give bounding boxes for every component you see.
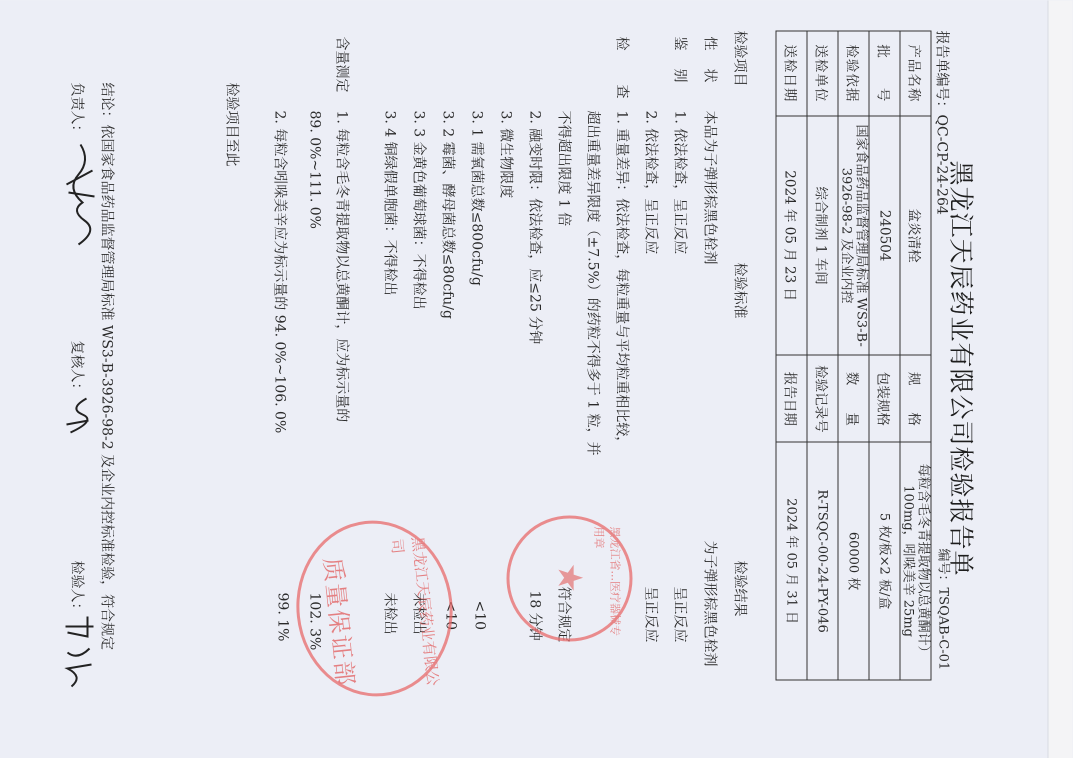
std-weight-variation-l3: 不得超出限度 1 倍: [555, 111, 575, 227]
cell-label: 送检单位: [807, 31, 838, 116]
specification: 每粒含毛冬青提取物以总黄酮计）100mg，吲哚美辛 25mg: [900, 442, 931, 680]
std-melting-time: 2. 融变时限：依法检查，应≤25 分钟: [526, 111, 546, 345]
cell-label: 检验依据: [838, 31, 869, 116]
res-appearance: 为子弹形棕黑色栓剂: [701, 541, 721, 667]
company-report-title: 黑龙江天辰药业有限公司检验报告单: [945, 161, 981, 577]
cell-label: 数 量: [838, 355, 869, 442]
report-date: 2024 年 05 月 31 日: [776, 442, 807, 680]
std-weight-variation-l2: 超出重量差异限度（±7.5%）的药粒不得多于 1 粒，并: [584, 111, 604, 456]
responsible-signature: [54, 141, 101, 251]
inspector-label: 检验人：: [68, 561, 88, 617]
std-mold-yeast-count: 3. 2 霉菌、酵母菌总数≤80cfu/g: [439, 111, 459, 319]
end-of-items-note: 检验项目至此: [223, 83, 243, 167]
res-identification-2: 呈正反应: [642, 587, 662, 643]
std-microbial-limit: 3. 微生物限度: [497, 111, 517, 199]
signature-scribble-icon: [62, 613, 98, 693]
table-row: 产品名称 盆炎清栓 规 格 每粒含毛冬青提取物以总黄酮计）100mg，吲哚美辛 …: [900, 31, 931, 680]
submitting-unit: 综合制剂 1 车间: [807, 116, 838, 356]
product-name: 盆炎清栓: [900, 116, 931, 356]
form-serial-number: 编号：TSQAB-C-01: [936, 549, 955, 671]
report-number: 报告单编号：QC-CP-24-264: [933, 31, 953, 215]
std-appearance: 本品为子弹形棕黑色栓剂: [701, 111, 721, 265]
stamp-department-text: 质量保证部: [317, 556, 365, 689]
label-assay: 含量测定: [333, 37, 353, 93]
responsible-label: 负责人：: [68, 83, 88, 139]
inspector-signature: [55, 613, 98, 693]
cell-label: 产品名称: [900, 31, 931, 116]
stamp-company-text: 黑龙江天辰药业有限公司: [386, 535, 444, 691]
table-row: 检验依据 国家食品药品监督管理局标准 WS3-B-3926-98-2 及企业内控…: [838, 31, 869, 680]
official-seal-stamp: 黑龙江省...医疗器械专用章 ★: [507, 516, 633, 642]
conclusion: 结论：依国家食品药品监督管理局标准 WS3-B-3926-98-2 及企业内控标…: [98, 83, 118, 651]
table-row: 送检日期 2024 年 05 月 23 日 报告日期 2024 年 05 月 3…: [776, 31, 807, 680]
signature-scribble-icon: [61, 141, 101, 251]
header-item: 检验项目: [731, 31, 751, 87]
package-spec: 5 枚/板×2 板/盒: [869, 442, 900, 680]
std-identification-1: 1. 依法检查，呈正反应: [671, 111, 691, 255]
cell-label: 规 格: [900, 355, 931, 442]
scanner-edge: [1048, 1, 1073, 758]
star-icon: ★: [550, 563, 590, 593]
cell-label: 包装规格: [869, 355, 900, 442]
signature-scribble-icon: [61, 393, 95, 443]
res-aerobic-count: <10: [472, 601, 488, 631]
header-standard: 检验标准: [731, 263, 751, 319]
std-pseudomonas: 3. 4 铜绿假单胞菌：不得检出: [381, 111, 401, 296]
rotated-page-wrapper: 黑龙江天辰药业有限公司检验报告单 编号：TSQAB-C-01 报告单编号：QC-…: [0, 1, 1073, 758]
std-assay-indomethacin: 2. 每粒含吲哚美辛应为标示量的 94. 0%~106. 0%: [271, 111, 291, 434]
table-row: 批 号 240504 包装规格 5 枚/板×2 板/盒: [869, 31, 900, 680]
cell-label: 报告日期: [776, 355, 807, 442]
cell-label: 检验记录号: [807, 355, 838, 442]
res-assay-indomethacin: 99. 1%: [275, 593, 291, 642]
label-identification: 鉴 别: [671, 37, 691, 85]
batch-number: 240504: [869, 116, 900, 356]
cell-label: 送检日期: [776, 31, 807, 116]
table-row: 送检单位 综合制剂 1 车间 检验记录号 R-TSQC-00-24-PY-046: [807, 31, 838, 680]
header-result: 检验结果: [731, 561, 751, 617]
reviewer-label: 复核人：: [68, 341, 88, 397]
submission-date: 2024 年 05 月 23 日: [776, 116, 807, 356]
inspection-basis: 国家食品药品监督管理局标准 WS3-B-3926-98-2 及企业内控: [838, 116, 869, 356]
label-inspection: 检 查: [613, 37, 633, 101]
std-staph-aureus: 3. 3 金黄色葡萄球菌：不得检出: [410, 111, 430, 310]
std-assay-flavonoids-l2: 89. 0%~111. 0%: [307, 111, 323, 230]
record-number: R-TSQC-00-24-PY-046: [807, 442, 838, 680]
label-appearance: 性 状: [701, 37, 721, 85]
product-info-table: 产品名称 盆炎清栓 规 格 每粒含毛冬青提取物以总黄酮计）100mg，吲哚美辛 …: [776, 31, 932, 681]
std-aerobic-count: 3. 1 需氧菌总数≤800cfu/g: [468, 111, 488, 286]
inspection-report-page: 黑龙江天辰药业有限公司检验报告单 编号：TSQAB-C-01 报告单编号：QC-…: [0, 1, 1073, 758]
quality-assurance-stamp: 黑龙江天辰药业有限公司 质量保证部: [288, 513, 462, 704]
res-identification-1: 呈正反应: [671, 587, 691, 643]
quantity: 60000 枚: [838, 442, 869, 680]
std-weight-variation-l1: 1. 重量差异：依法检查，每粒重量与平均粒重相比较，: [613, 111, 633, 451]
cell-label: 批 号: [869, 31, 900, 116]
stamp-text: 黑龙江省...医疗器械专用章: [592, 527, 624, 639]
std-assay-flavonoids-l1: 1. 每粒含毛冬青提取物以总黄酮计，应为标示量的: [333, 111, 353, 423]
std-identification-2: 2. 依法检查，呈正反应: [642, 111, 662, 255]
reviewer-signature: [54, 393, 95, 443]
